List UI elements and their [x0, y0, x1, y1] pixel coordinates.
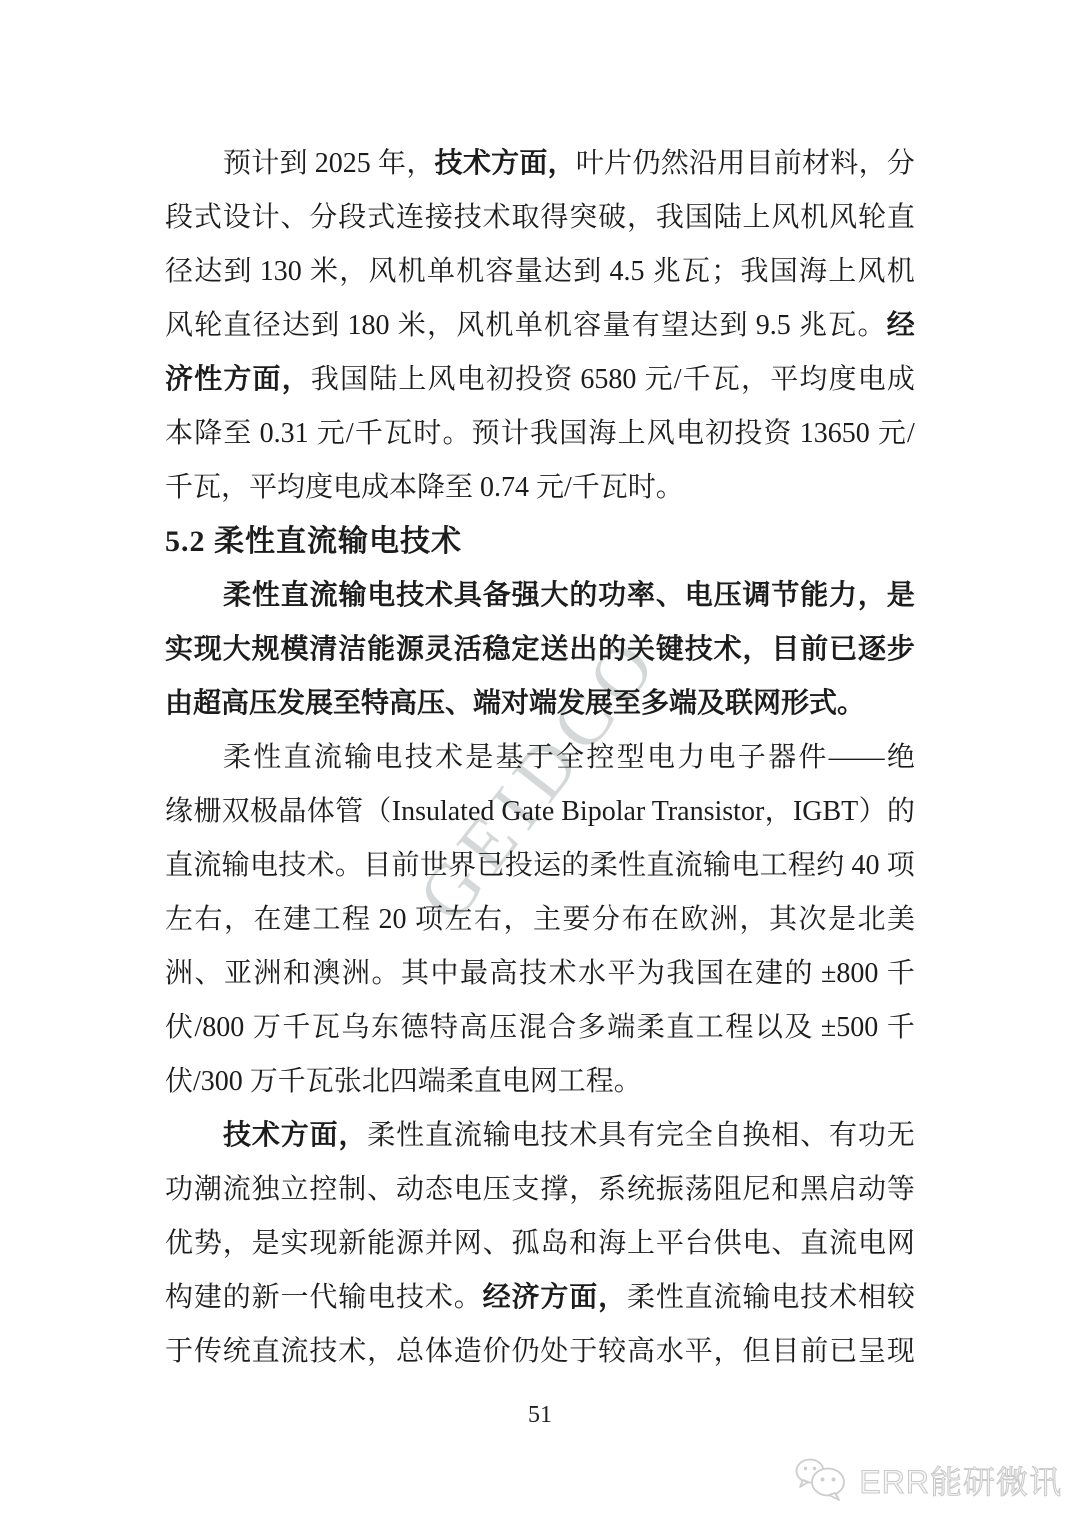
- text-line: 本降至 0.31 元/千瓦时。预计我国海上风电初投资 13650 元/: [165, 407, 915, 461]
- section-heading: 5.2 柔性直流输电技术: [165, 515, 915, 569]
- document-page: GEIDCO 预计到 2025 年，技术方面，叶片仍然沿用目前材料，分段式设计、…: [0, 0, 1080, 1527]
- text-line: 千瓦，平均度电成本降至 0.74 元/千瓦时。: [165, 461, 915, 515]
- footer-brand-text: ERR能研微讯: [859, 1457, 1062, 1503]
- text-line: 预计到 2025 年，技术方面，叶片仍然沿用目前材料，分: [165, 137, 915, 191]
- text-line: 柔性直流输电技术是基于全控型电力电子器件——绝: [165, 731, 915, 785]
- text-line: 济性方面，我国陆上风电初投资 6580 元/千瓦，平均度电成: [165, 353, 915, 407]
- text-line: 伏/300 万千瓦张北四端柔直电网工程。: [165, 1055, 915, 1109]
- text-line: 于传统直流技术，总体造价仍处于较高水平，但目前已呈现: [165, 1325, 915, 1379]
- wechat-bubbles-icon: [793, 1456, 851, 1504]
- text-line: 直流输电技术。目前世界已投运的柔性直流输电工程约 40 项: [165, 839, 915, 893]
- text-line: 伏/800 万千瓦乌东德特高压混合多端柔直工程以及 ±500 千: [165, 1001, 915, 1055]
- text-line: 实现大规模清洁能源灵活稳定送出的关键技术，目前已逐步: [165, 623, 915, 677]
- text-line: 风轮直径达到 180 米，风机单机容量有望达到 9.5 兆瓦。经: [165, 299, 915, 353]
- text-line: 柔性直流输电技术具备强大的功率、电压调节能力，是: [165, 569, 915, 623]
- text-line: 段式设计、分段式连接技术取得突破，我国陆上风机风轮直: [165, 191, 915, 245]
- text-line: 优势，是实现新能源并网、孤岛和海上平台供电、直流电网: [165, 1217, 915, 1271]
- text-line: 由超高压发展至特高压、端对端发展至多端及联网形式。: [165, 677, 915, 731]
- text-line: 功潮流独立控制、动态电压支撑，系统振荡阻尼和黑启动等: [165, 1163, 915, 1217]
- text-line: 缘栅双极晶体管（Insulated Gate Bipolar Transisto…: [165, 785, 915, 839]
- text-line: 左右，在建工程 20 项左右，主要分布在欧洲，其次是北美: [165, 893, 915, 947]
- text-line: 技术方面，柔性直流输电技术具有完全自换相、有功无: [165, 1109, 915, 1163]
- footer-brand: ERR能研微讯: [793, 1456, 1062, 1504]
- page-number: 51: [0, 1402, 1080, 1429]
- document-body: 预计到 2025 年，技术方面，叶片仍然沿用目前材料，分段式设计、分段式连接技术…: [165, 137, 915, 1379]
- text-line: 径达到 130 米，风机单机容量达到 4.5 兆瓦；我国海上风机: [165, 245, 915, 299]
- text-line: 洲、亚洲和澳洲。其中最高技术水平为我国在建的 ±800 千: [165, 947, 915, 1001]
- text-line: 构建的新一代输电技术。经济方面，柔性直流输电技术相较: [165, 1271, 915, 1325]
